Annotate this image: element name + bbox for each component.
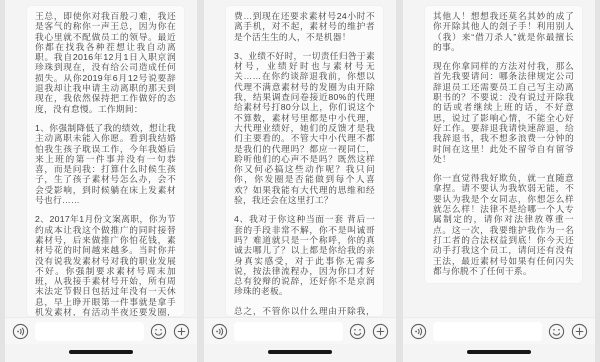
message-input[interactable] xyxy=(35,322,144,341)
chat-area: 其他人！想想我还莫名其妙的成了你开除其他人的刽子手！利用别人（我）来“借刀杀人”… xyxy=(403,0,595,317)
bottom-strip xyxy=(403,344,595,362)
screenshot-panel-3: 其他人！想想我还莫名其妙的成了你开除其他人的刽子手！利用别人（我）来“借刀杀人”… xyxy=(403,0,595,362)
message-paragraph: 王总，即使你对我百般刁难，我还是客气的称你一声王总，因为你在我心里就不配做员工的… xyxy=(35,11,176,114)
input-bar xyxy=(403,317,595,344)
input-bar xyxy=(204,317,396,344)
message-paragraph: 4、我对于你这种当面一套 背后一套的手段非常不解，你不是叫诚哥吗？难道就只是一个… xyxy=(234,214,375,296)
message-paragraph: 你一直觉得我好欺负，就一直随意拿捏。请不要认为我软弱无能，不要认为我是个女同志，… xyxy=(433,173,574,276)
message-paragraph: 其他人！想想我还莫名其妙的成了你开除其他人的刽子手！利用别人（我）来“借刀杀人”… xyxy=(433,11,574,52)
chat-area: 费…到现在还要求素材号24小时不离手机，对不起，素材号的维护者是个活生生的人，不… xyxy=(204,0,396,317)
home-indicator[interactable] xyxy=(69,350,133,354)
message-paragraph: 现在你拿同样的方法对付我，那么首先我要请问：哪条法律规定公司辞退员工还需要员工自… xyxy=(433,61,574,164)
message-bubble: 其他人！想想我还莫名其妙的成了你开除其他人的刽子手！利用别人（我）来“借刀杀人”… xyxy=(424,5,583,284)
message-paragraph: 2、2017年1月份文案离职，你为节约成本让我这个做推广的同时接替素材号，后来做… xyxy=(35,214,176,317)
message-input[interactable] xyxy=(234,322,343,341)
bottom-strip xyxy=(204,344,396,362)
message-input[interactable] xyxy=(433,322,542,341)
emoji-icon[interactable] xyxy=(150,323,167,340)
message-paragraph: 费…到现在还要求素材号24小时不离手机，对不起，素材号的维护者是个活生生的人，不… xyxy=(234,11,375,42)
home-indicator[interactable] xyxy=(467,350,531,354)
emoji-icon[interactable] xyxy=(548,323,565,340)
screenshot-panel-2: 费…到现在还要求素材号24小时不离手机，对不起，素材号的维护者是个活生生的人，不… xyxy=(204,0,396,362)
message-bubble: 费…到现在还要求素材号24小时不离手机，对不起，素材号的维护者是个活生生的人，不… xyxy=(225,5,384,317)
voice-icon[interactable] xyxy=(12,323,29,340)
message-paragraph: 总之，不管你以什么理由开除我，请履行法律法规，一切按照法律规定执行，我只想维护一… xyxy=(234,306,375,317)
emoji-icon[interactable] xyxy=(349,323,366,340)
plus-icon[interactable] xyxy=(173,323,190,340)
message-paragraph: 1、你强制降低了我的绩效，想让我主动离职未能入你愿。看到我结婚怕我生孩子耽误工作… xyxy=(35,123,176,205)
message-bubble: 王总，即使你对我百般刁难，我还是客气的称你一声王总，因为你在我心里就不配做员工的… xyxy=(26,5,185,317)
plus-icon[interactable] xyxy=(372,323,389,340)
screenshot-panel-1: 王总，即使你对我百般刁难，我还是客气的称你一声王总，因为你在我心里就不配做员工的… xyxy=(5,0,197,362)
input-bar xyxy=(5,317,197,344)
voice-icon[interactable] xyxy=(410,323,427,340)
chat-area: 王总，即使你对我百般刁难，我还是客气的称你一声王总，因为你在我心里就不配做员工的… xyxy=(5,0,197,317)
message-paragraph: 3、业绩不好时，一切责任归咎于素材号，业绩好时也与素材号无关……在你约谈辞退我前… xyxy=(234,51,375,205)
voice-icon[interactable] xyxy=(211,323,228,340)
home-indicator[interactable] xyxy=(268,350,332,354)
bottom-strip xyxy=(5,344,197,362)
plus-icon[interactable] xyxy=(571,323,588,340)
